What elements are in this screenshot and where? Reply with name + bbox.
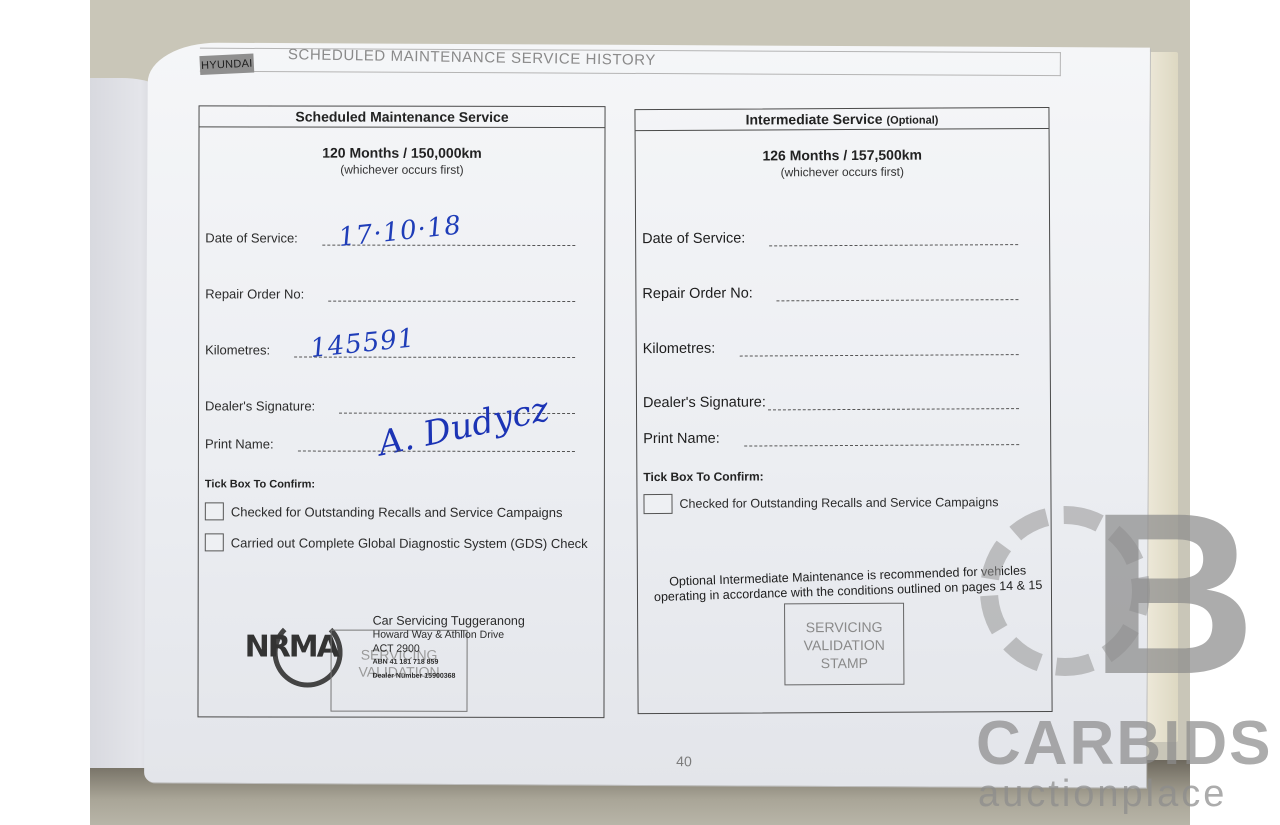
- logbook-page: HYUNDAI SCHEDULED MAINTENANCE SERVICE HI…: [144, 42, 1150, 787]
- print-name-field[interactable]: Print Name:: [205, 432, 575, 452]
- watermark-logo: B: [1090, 504, 1256, 684]
- service-interval: 120 Months / 150,000km: [199, 144, 604, 161]
- interval-note: (whichever occurs first): [199, 162, 604, 177]
- service-interval: 126 Months / 157,500km: [636, 146, 1049, 164]
- handwritten-kilometres: 145591: [309, 323, 417, 364]
- date-of-service-field[interactable]: Date of Service:: [642, 226, 1018, 247]
- watermark-brand: CARBIDS: [976, 714, 1272, 774]
- gds-check[interactable]: Carried out Complete Global Diagnostic S…: [205, 533, 588, 552]
- tick-box-title: Tick Box To Confirm:: [205, 478, 315, 490]
- recalls-check[interactable]: Checked for Outstanding Recalls and Serv…: [643, 492, 998, 514]
- dealer-details: Car Servicing Tuggeranong Howard Way & A…: [373, 614, 525, 684]
- repair-order-field[interactable]: Repair Order No:: [205, 282, 575, 302]
- watermark-tagline: auctionplace: [978, 772, 1227, 816]
- servicing-validation-stamp-box: SERVICING VALIDATION STAMP: [784, 603, 904, 686]
- logbook-photo: HYUNDAI SCHEDULED MAINTENANCE SERVICE HI…: [90, 0, 1190, 825]
- interval-note: (whichever occurs first): [636, 164, 1049, 180]
- recalls-check[interactable]: Checked for Outstanding Recalls and Serv…: [205, 502, 563, 521]
- handwritten-date: 17·10·18: [337, 210, 463, 253]
- repair-order-field[interactable]: Repair Order No:: [642, 281, 1018, 302]
- dealer-signature-field[interactable]: Dealer's Signature: A. Dudycz: [205, 394, 575, 414]
- checkbox[interactable]: [643, 494, 672, 514]
- checkbox[interactable]: [205, 502, 224, 520]
- panel-heading: Intermediate Service (Optional): [635, 108, 1048, 131]
- brand-tab: HYUNDAI: [199, 54, 254, 76]
- dealer-stamp: NRMA SERVICING VALIDATION Car Servicing …: [244, 611, 564, 707]
- print-name-field[interactable]: Print Name:: [643, 426, 1019, 447]
- scheduled-service-panel: Scheduled Maintenance Service 120 Months…: [197, 105, 605, 718]
- panel-heading: Scheduled Maintenance Service: [200, 106, 605, 128]
- tick-box-title: Tick Box To Confirm:: [643, 469, 763, 484]
- dealer-signature-field[interactable]: Dealer's Signature:: [643, 390, 1019, 411]
- date-of-service-field[interactable]: Date of Service: 17·10·18: [205, 226, 575, 246]
- page-number: 40: [676, 753, 692, 769]
- stamp-logo: NRMA: [245, 629, 338, 664]
- kilometres-field[interactable]: Kilometres: 145591: [205, 338, 575, 358]
- checkbox[interactable]: [205, 533, 224, 551]
- handwritten-signature: A. Dudycz: [375, 389, 553, 464]
- kilometres-field[interactable]: Kilometres:: [643, 336, 1019, 357]
